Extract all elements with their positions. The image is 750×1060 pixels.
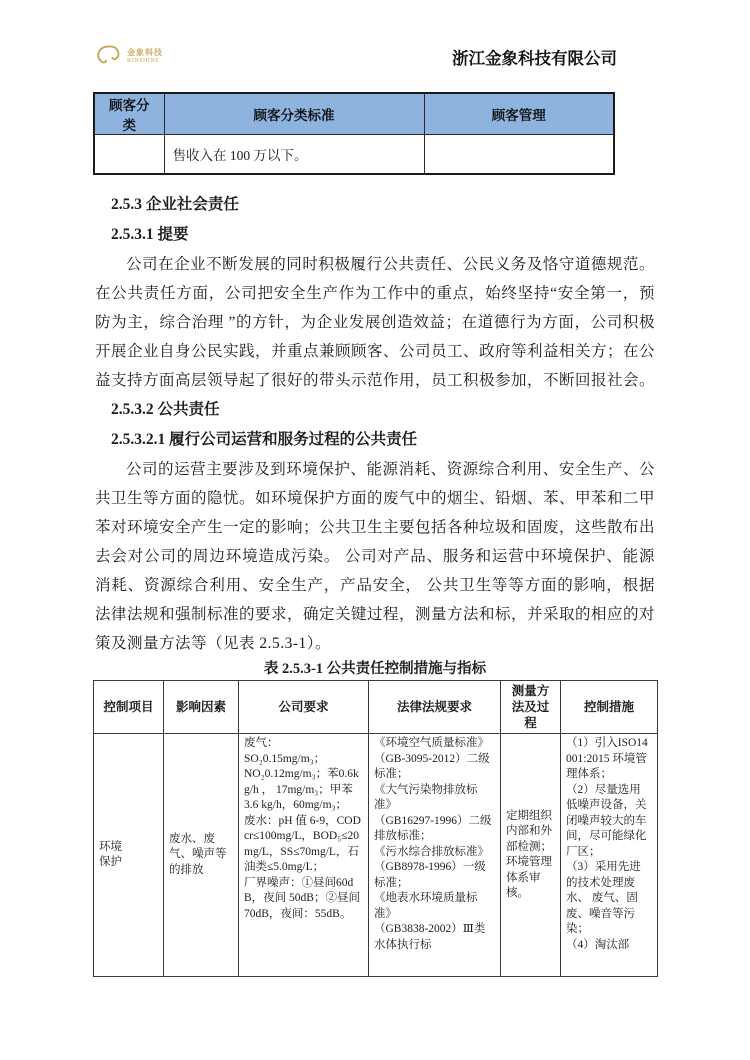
page-header: 金象科技 KINSHINE 浙江金象科技有限公司 bbox=[95, 36, 617, 78]
col-control-measures: 控制措施 bbox=[561, 681, 658, 734]
elephant-logo-icon bbox=[95, 42, 123, 73]
cell-control-item: 环境 保护 bbox=[94, 734, 164, 977]
customer-table-header-row: 顾客分类 顾客分类标准 顾客管理 bbox=[94, 93, 614, 135]
control-table-header-row: 控制项目 影响因素 公司要求 法律法规要求 测量方法及过程 控制措施 bbox=[94, 681, 658, 734]
col-customer-management: 顾客管理 bbox=[424, 93, 614, 135]
cell-category bbox=[94, 135, 164, 175]
company-logo: 金象科技 KINSHINE bbox=[95, 42, 163, 73]
cell-criteria: 售收入在 100 万以下。 bbox=[164, 135, 424, 175]
heading-2-5-3-2-1: 2.5.3.2.1 履行公司运营和服务过程的公共责任 bbox=[111, 425, 655, 455]
document-page: 金象科技 KINSHINE 浙江金象科技有限公司 顾客分类 顾客分类标准 顾客管… bbox=[0, 0, 750, 1060]
heading-2-5-3-2: 2.5.3.2 公共责任 bbox=[111, 395, 655, 425]
document-body: 2.5.3 企业社会责任 2.5.3.1 提要 公司在企业不断发展的同时积极履行… bbox=[95, 190, 655, 695]
cell-company-requirement: 废气： SO₂0.15mg/m₃； NO₂0.12mg/m₃；苯0.6kg/h … bbox=[239, 734, 369, 977]
logo-brand-en: KINSHINE bbox=[127, 58, 163, 65]
cell-measurement-method: 定期组织内部和外部检测；环境管理体系审核。 bbox=[501, 734, 561, 977]
paragraph-summary: 公司在企业不断发展的同时积极履行公共责任、公民义务及恪守道德规范。在公共责任方面… bbox=[95, 250, 655, 395]
table-caption: 表 2.5.3-1 公共责任控制措施与指标 bbox=[95, 659, 655, 680]
company-name: 浙江金象科技有限公司 bbox=[452, 45, 617, 69]
heading-2-5-3-1: 2.5.3.1 提要 bbox=[111, 220, 655, 250]
customer-classification-table: 顾客分类 顾客分类标准 顾客管理 售收入在 100 万以下。 bbox=[93, 92, 615, 175]
col-impact-factor: 影响因素 bbox=[164, 681, 239, 734]
col-customer-criteria: 顾客分类标准 bbox=[164, 93, 424, 135]
cell-impact-factor: 废水、废气、噪声等的排放 bbox=[164, 734, 239, 977]
cell-management bbox=[424, 135, 614, 175]
control-table-row-environment: 环境 保护 废水、废气、噪声等的排放 废气： SO₂0.15mg/m₃； NO₂… bbox=[94, 734, 658, 977]
col-legal-requirement: 法律法规要求 bbox=[369, 681, 501, 734]
heading-2-5-3: 2.5.3 企业社会责任 bbox=[111, 190, 655, 220]
cell-legal-requirement: 《环境空气质量标准》 （GB-3095-2012）二级标准； 《大气污染物排放标… bbox=[369, 734, 501, 977]
customer-table-row: 售收入在 100 万以下。 bbox=[94, 135, 614, 175]
public-responsibility-control-table: 控制项目 影响因素 公司要求 法律法规要求 测量方法及过程 控制措施 环境 保护… bbox=[93, 680, 658, 977]
col-control-item: 控制项目 bbox=[94, 681, 164, 734]
col-customer-category: 顾客分类 bbox=[94, 93, 164, 135]
col-company-requirement: 公司要求 bbox=[239, 681, 369, 734]
logo-text: 金象科技 KINSHINE bbox=[127, 49, 163, 64]
col-measurement-method: 测量方法及过程 bbox=[501, 681, 561, 734]
paragraph-public-responsibility: 公司的运营主要涉及到环境保护、能源消耗、资源综合利用、安全生产、公共卫生等方面的… bbox=[95, 455, 655, 658]
logo-brand-cn: 金象科技 bbox=[127, 49, 163, 58]
cell-control-measures: （1）引入ISO14001:2015 环境管理体系； （2）尽量选用低噪声设备，… bbox=[561, 734, 658, 977]
